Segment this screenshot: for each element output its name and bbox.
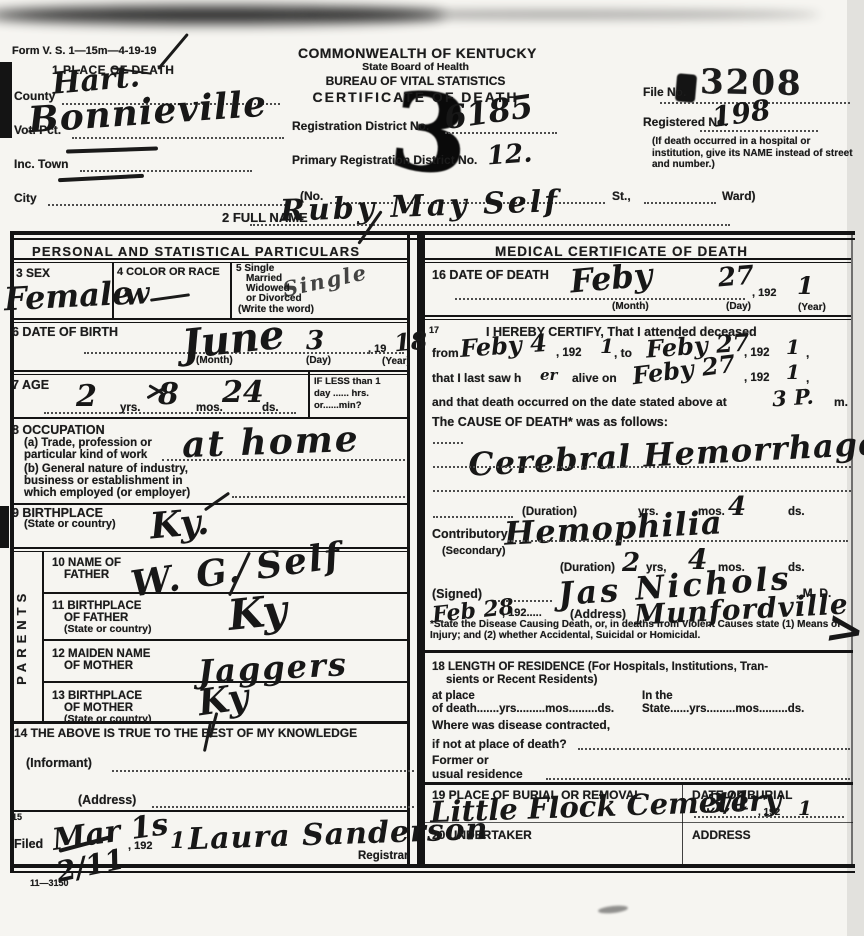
date-of-death-label: 16 DATE OF DEATH	[432, 269, 549, 282]
marital-handwriting: Single	[281, 261, 370, 300]
city-rule	[48, 204, 286, 206]
saw-comma: ,	[806, 372, 809, 385]
registration-district-handwriting: 6185	[442, 90, 535, 134]
former-label: Former or	[432, 754, 489, 767]
birthplace-sub-label: (State or country)	[24, 519, 116, 531]
age-days-handwriting: 24	[222, 378, 264, 408]
if-less-cell-border	[308, 372, 310, 417]
usual-residence-rule	[546, 778, 850, 780]
to-comma: ,	[806, 347, 809, 360]
birthplace-handwriting: Ky.	[149, 503, 211, 544]
if-not-label: if not at place of death?	[432, 738, 567, 751]
mother-name-label-1: 12 MAIDEN NAME	[52, 648, 150, 660]
full-name-handwriting: Ruby May Self	[280, 187, 561, 227]
undertaker-address-label: ADDRESS	[692, 829, 751, 842]
dod-month-handwriting: Feby	[569, 258, 654, 297]
cause-rule-2	[433, 490, 851, 492]
state-line: State......yrs.........mos.........ds.	[642, 703, 804, 715]
attended-to-label: , to	[614, 347, 632, 360]
father-bp-label-3: (State or country)	[64, 624, 152, 635]
city-label: City	[14, 192, 37, 205]
death-occurred-label: and that death occurred on the date stat…	[432, 396, 727, 409]
dod-month-caption: (Month)	[612, 302, 649, 313]
day-caption: (Day)	[306, 356, 331, 367]
inc-town-rule	[80, 170, 252, 172]
duration1-ds-label: ds.	[788, 506, 805, 518]
contributory-rule	[508, 540, 848, 542]
sex-handwriting: Female	[3, 277, 133, 316]
dob-year-handwriting: 18	[393, 329, 428, 356]
residence-title-2: sients or Recent Residents)	[446, 674, 597, 686]
file-no-label: File No.	[643, 86, 686, 99]
filed-box-number: 15	[12, 813, 22, 822]
dod-year-handwriting: 1	[797, 274, 814, 298]
mother-bp-handwriting: Ky	[196, 679, 251, 722]
pen-stroke	[204, 492, 230, 512]
year-caption: (Year)	[382, 357, 410, 368]
filed-top-rule	[10, 810, 407, 812]
attended-from-handwriting: Feby 4	[459, 331, 547, 361]
occupation-b-line1: (b) General nature of industry,	[24, 463, 188, 475]
pen-bracket: >	[822, 603, 864, 655]
last-saw-pronoun: er	[540, 368, 557, 383]
age-rule	[44, 412, 296, 414]
saw-year-printed: , 192	[744, 372, 770, 384]
death-time-handwriting: 3 P.	[771, 386, 814, 410]
if-less-line-1: IF LESS than 1	[314, 377, 381, 387]
left-edge-bar	[0, 62, 12, 138]
bottom-rule-heavy	[10, 864, 855, 868]
if-not-rule	[578, 748, 850, 750]
age-months-handwriting: 8	[158, 380, 179, 410]
cause-of-death-label: The CAUSE OF DEATH* was as follows:	[432, 416, 668, 429]
state-board-subtitle: State Board of Health	[298, 62, 533, 73]
signed-year-printed: , 192.....	[502, 608, 542, 620]
cause-rule-short	[433, 442, 463, 444]
of-death-line: of death.......yrs.........mos.........d…	[432, 703, 614, 715]
burial-date-rule	[694, 816, 844, 818]
occupation-b-rule	[232, 496, 405, 498]
dod-row-rule2	[425, 319, 851, 320]
dod-year-caption: (Year)	[798, 303, 826, 314]
full-name-rule	[250, 224, 730, 226]
dob-year-printed: , 19	[368, 344, 386, 356]
last-saw-label: that I last saw h	[432, 372, 521, 385]
secondary-label: (Secondary)	[442, 546, 506, 558]
undertaker-label: 20 UNDERTAKER	[432, 829, 532, 842]
dod-day-caption: (Day)	[726, 302, 751, 313]
at-place-label: at place	[432, 690, 475, 702]
dob-day-handwriting: 3	[306, 328, 324, 354]
bottom-rule-thin	[10, 871, 855, 873]
filed-year-printed: , 192	[128, 841, 152, 853]
street-label: St.,	[612, 190, 631, 203]
father-bp-row-rule	[44, 639, 407, 641]
informant-label: (Informant)	[26, 757, 92, 770]
dod-day-handwriting: 27	[717, 262, 755, 291]
city-dash	[58, 174, 144, 182]
cause-rule-1	[433, 466, 851, 468]
contributory-label: Contributory	[432, 528, 508, 541]
burial-date-handwriting: 3/1	[705, 788, 753, 818]
bottom-mark	[598, 904, 629, 914]
alive-on-label: alive on	[572, 372, 617, 385]
burial-top-rule	[421, 782, 853, 785]
meridiem-label: m.	[834, 396, 848, 409]
to-year-handwriting: 1	[786, 337, 800, 357]
inc-town-dash	[66, 146, 158, 153]
filed-year-handwriting: 1	[170, 830, 185, 852]
from-year-handwriting: 1	[600, 336, 614, 356]
saw-year-handwriting: 1	[786, 362, 800, 382]
father-name-label-2: FATHER	[64, 569, 109, 581]
dob-label: 6 DATE OF BIRTH	[12, 326, 118, 339]
residence-title-1: 18 LENGTH OF RESIDENCE (For Hospitals, I…	[432, 661, 768, 673]
dod-rule	[455, 298, 745, 300]
registered-no-rule	[700, 130, 818, 132]
if-less-line-2: day ...... hrs.	[314, 389, 369, 399]
occupation-a-line1: (a) Trade, profession or	[24, 437, 152, 449]
birthplace-rule	[14, 547, 407, 549]
dod-row-rule	[425, 315, 851, 317]
mother-bp-label-1: 13 BIRTHPLACE	[52, 690, 142, 702]
hospital-note: (If death occurred in a hospital or inst…	[652, 136, 856, 171]
residence-top-rule	[421, 650, 853, 653]
occupation-handwriting: at home	[181, 421, 360, 463]
primary-registration-handwriting: 12.	[486, 140, 533, 169]
duration1-rule	[433, 516, 513, 518]
burial-year-handwriting: 1	[798, 798, 812, 818]
outer-right-border	[851, 235, 853, 864]
father-bp-label-1: 11 BIRTHPLACE	[52, 600, 141, 612]
attestation-title: 14 THE ABOVE IS TRUE TO THE BEST OF MY K…	[14, 727, 357, 740]
usual-residence-label: usual residence	[432, 768, 523, 781]
occupation-b-line3: which employed (or employer)	[24, 487, 190, 499]
mother-name-label-2: OF MOTHER	[64, 660, 133, 672]
registration-district-label: Registration District No.	[292, 120, 429, 133]
dob-row-rule2	[14, 374, 407, 375]
duration1-days-handwriting: 4	[728, 494, 746, 520]
top-rule-thin	[10, 238, 855, 240]
informant-rule	[112, 770, 414, 772]
occupation-label: 8 OCCUPATION	[12, 424, 105, 437]
bureau-subtitle: BUREAU OF VITAL STATISTICS	[298, 75, 533, 88]
attended-from-label: from	[432, 347, 459, 360]
from-year-printed: , 192	[556, 347, 582, 359]
in-the-label: In the	[642, 690, 673, 702]
disease-contracted-label: Where was disease contracted,	[432, 719, 610, 732]
occupation-b-line2: business or establishment in	[24, 475, 182, 487]
ward-rule	[644, 202, 716, 204]
if-less-line-3: or......min?	[314, 401, 362, 411]
registered-no-handwriting: 198	[710, 96, 772, 132]
death-certificate-scan: 3 Form V. S. 1—15m—4-19-19 1 PLACE OF DE…	[0, 0, 864, 936]
scan-smudge-light	[300, 10, 820, 19]
race-cell-border	[230, 262, 232, 318]
age-years-handwriting: 2	[76, 382, 97, 412]
dod-year-printed: , 192	[752, 288, 776, 300]
father-bp-handwriting: Ky	[226, 589, 289, 637]
dob-row-rule	[14, 370, 407, 372]
form-number: Form V. S. 1—15m—4-19-19	[12, 46, 157, 58]
occupation-a-line2: particular kind of work	[24, 449, 147, 461]
cause-of-death-handwriting: Cerebral Hemorrhage	[467, 427, 864, 480]
registrar-label: Registrar	[358, 850, 409, 862]
personal-section-title: PERSONAL AND STATISTICAL PARTICULARS	[32, 245, 360, 259]
voting-precinct-rule	[72, 137, 284, 139]
informant-address-label: (Address)	[78, 794, 136, 807]
mother-bp-label-3: (State or country)	[64, 714, 152, 725]
certify-box-number: 17	[429, 326, 439, 335]
top-rule-heavy	[10, 231, 855, 235]
age-label: 7 AGE	[12, 379, 49, 392]
parents-cell-border	[42, 551, 44, 721]
filed-label: Filed	[14, 838, 43, 851]
parents-side-label: PARENTS	[15, 557, 29, 717]
cause-footnote: *State the Disease Causing Death, or, in…	[430, 620, 851, 642]
pen-stroke	[150, 293, 190, 302]
inc-town-label: Inc. Town	[14, 158, 68, 171]
left-edge-mark	[0, 506, 9, 548]
color-race-handwriting: w	[123, 279, 152, 312]
month-caption: (Month)	[196, 356, 233, 367]
ward-label: Ward)	[722, 190, 756, 203]
father-name-label-1: 10 NAME OF	[52, 557, 121, 569]
primary-registration-label: Primary Registration District No.	[292, 154, 477, 167]
to-year-printed: , 192	[744, 347, 770, 359]
informant-address-rule	[152, 806, 414, 808]
commonwealth-title: COMMONWEALTH OF KENTUCKY	[298, 46, 533, 61]
